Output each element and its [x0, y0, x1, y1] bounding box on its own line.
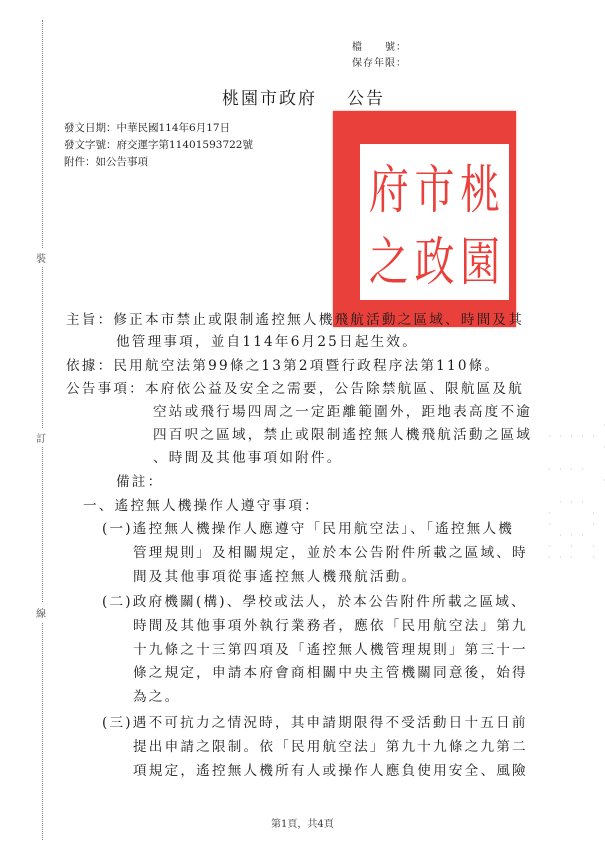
subject-line-1: 主旨：修正本市禁止或限制遙控無人機飛航活動之區域、時間及其	[66, 308, 524, 332]
seal-char: 之	[366, 211, 412, 305]
seal-char: 園	[457, 211, 503, 305]
page-title: 桃園市政府公告	[222, 84, 385, 109]
announcement-line-4: 、時間及其他事項如附件。	[153, 446, 343, 470]
basis: 依據：民用航空法第99條之13第2項暨行政程序法第110條。	[66, 354, 500, 378]
item-1-line-1: (一)遙控無人機操作人應遵守「民用航空法」、「遙控無人機	[102, 517, 514, 541]
item-1-line-2: 管理規則」及相關規定，並於本公告附件所載之區域、時	[133, 541, 528, 565]
seal-inner-square: 府 市 桃 之 政 園	[360, 144, 509, 300]
agency-name: 桃園市政府	[222, 89, 317, 109]
section-1-heading: 一、遙控無人機操作人遵守事項：	[83, 494, 320, 518]
item-2-line-5: 為之。	[133, 685, 180, 709]
item-3-line-3: 項規定，遙控無人機所有人或操作人應負使用安全、風險	[133, 759, 528, 783]
subject-line-2: 他管理事項，並自114年6月25日起生效。	[116, 330, 418, 354]
scan-registration-marks: · · · · · · · · · · · · · · · · · · · · …	[548, 420, 598, 560]
document-number: 發文字號：府交運字第11401593722號	[64, 137, 253, 154]
announcement-line-3: 四百呎之區域，禁止或限制遙控無人機飛航活動之區域	[153, 423, 532, 447]
issue-date: 發文日期：中華民國114年6月17日	[64, 120, 253, 137]
document-type: 公告	[347, 89, 385, 109]
binding-label-xian: 線	[36, 603, 46, 622]
issuance-info: 發文日期：中華民國114年6月17日 發文字號：府交運字第11401593722…	[64, 120, 253, 171]
seal-char: 政	[412, 211, 458, 305]
page-indicator: 第1頁，共4頁	[271, 815, 334, 830]
item-1-line-3: 間及其他事項從事遙控無人機飛航活動。	[133, 565, 417, 589]
item-3-line-1: (三)遇不可抗力之情況時，其申請期限得不受活動日十五日前	[102, 711, 528, 735]
item-2-line-1: (二)政府機關(構)、學校或法人，於本公告附件所載之區域、	[102, 590, 527, 614]
binding-label-ding: 訂	[36, 428, 46, 447]
item-2-line-3: 十九條之十三第四項及「遙控無人機管理規則」第三十一	[133, 638, 528, 662]
retention-period-label: 保存年限：	[352, 54, 407, 69]
item-2-line-2: 時間及其他事項外執行業務者，應依「民用航空法」第九	[133, 614, 528, 638]
binding-label-zhuang: 裝	[36, 248, 46, 267]
official-seal: 府 市 桃 之 政 園	[333, 111, 516, 327]
item-2-line-4: 條之規定，申請本府會商相關中央主管機關同意後，始得	[133, 661, 528, 685]
archive-number-label: 檔 號：	[352, 38, 407, 53]
announcement-line-1: 公告事項：本府依公益及安全之需要，公告除禁航區、限航區及航	[66, 377, 524, 401]
announcement-line-2: 空站或飛行場四周之一定距離範圍外，距地表高度不逾	[153, 400, 532, 424]
attachment-note: 附件：如公告事項	[64, 154, 253, 171]
remarks-label: 備註：	[116, 470, 163, 494]
item-3-line-2: 提出申請之限制。依「民用航空法」第九十九條之九第二	[133, 735, 528, 759]
